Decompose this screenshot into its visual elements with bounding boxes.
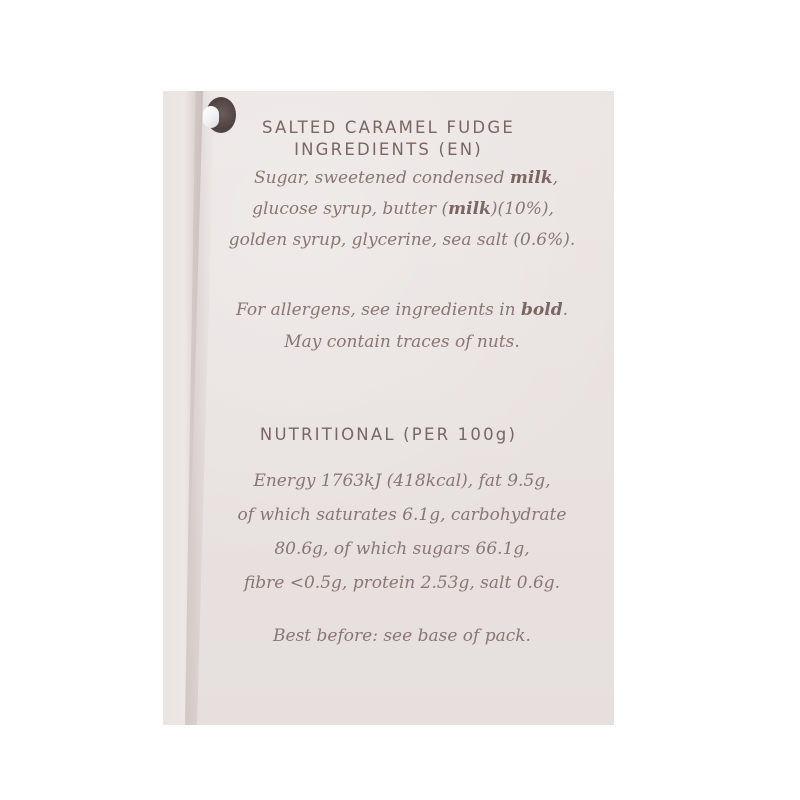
- allergen-text: .: [563, 300, 568, 320]
- bold-word: bold: [521, 300, 563, 320]
- allergen-note-line-1: For allergens, see ingredients in bold.: [190, 295, 614, 326]
- allergen-milk: milk: [510, 168, 553, 188]
- ingredients-text: glucose syrup, butter (: [252, 199, 448, 219]
- allergen-note-line-2: May contain traces of nuts.: [190, 327, 614, 358]
- ingredients-line-2: glucose syrup, butter (milk)(10%),: [192, 194, 614, 225]
- nutrition-line-2: of which saturates 6.1g, carbohydrate: [190, 500, 614, 531]
- allergen-milk: milk: [448, 199, 491, 219]
- ingredients-heading: INGREDIENTS (EN): [163, 139, 614, 161]
- ingredients-text: ,: [553, 168, 558, 188]
- ingredients-text: )(10%),: [491, 199, 554, 219]
- product-title: SALTED CARAMEL FUDGE: [163, 117, 614, 139]
- nutrition-line-3: 80.6g, of which sugars 66.1g,: [190, 534, 614, 565]
- best-before-note: Best before: see base of pack.: [190, 621, 614, 652]
- allergen-text: For allergens, see ingredients in: [236, 300, 521, 320]
- ingredients-line-3: golden syrup, glycerine, sea salt (0.6%)…: [190, 225, 614, 256]
- ingredients-text: Sugar, sweetened condensed: [254, 168, 510, 188]
- nutrition-line-4: fibre <0.5g, protein 2.53g, salt 0.6g.: [190, 568, 614, 599]
- nutrition-line-1: Energy 1763kJ (418kcal), fat 9.5g,: [190, 466, 614, 497]
- ingredients-line-1: Sugar, sweetened condensed milk,: [198, 163, 614, 194]
- product-photo: SALTED CARAMEL FUDGE INGREDIENTS (EN) Su…: [0, 0, 800, 800]
- nutrition-heading: NUTRITIONAL (PER 100g): [163, 424, 614, 446]
